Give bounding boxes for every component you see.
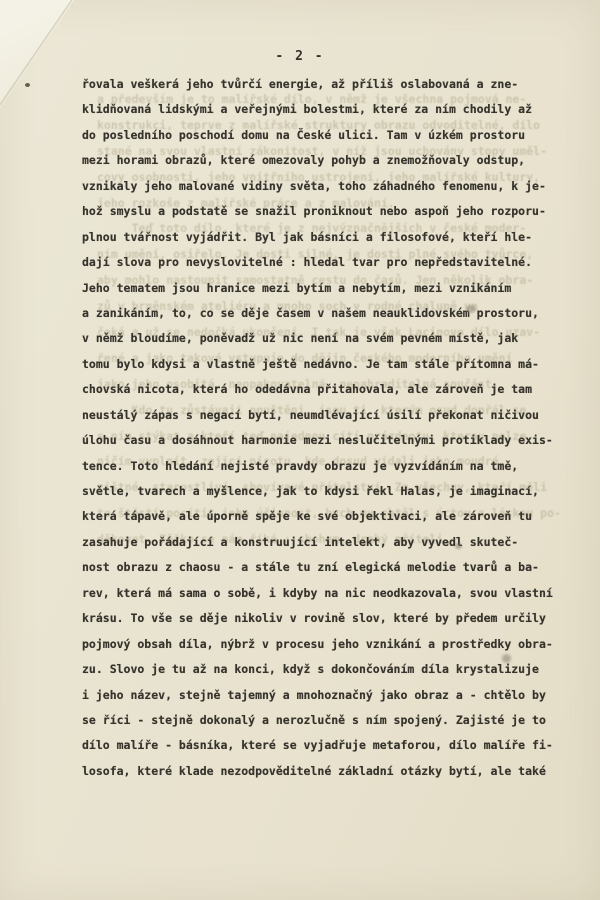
text-line: hož smyslu a podstatě se snažil pronikno… [82,199,562,224]
text-line: zasahuje pořádající a konstruující intel… [82,530,562,555]
text-line: chovská nicota, která ho odedávna přitah… [82,377,562,402]
text-line: krásu. To vše se děje nikoliv v rovině s… [82,606,562,631]
text-line: do posledního poschodí domu na České uli… [82,123,562,148]
text-line: mezi horami obrazů, které omezovaly pohy… [82,148,562,173]
text-line: rev, která má sama o sobě, i kdyby na ni… [82,581,562,606]
text-line: pojmový obsah díla, nýbrž v procesu jeho… [82,632,562,657]
document-page: - 2 - a především je to malířské dílo, v… [0,0,600,900]
text-line: světle, tvarech a myšlence, jak to kdysi… [82,479,562,504]
text-line: losofa, které klade nezodpověditelné zák… [82,759,562,784]
ink-smudge [455,543,462,549]
text-line: a zanikáním, to, co se děje časem v naše… [82,301,562,326]
ink-smudge [502,654,511,663]
text-line: klidňovaná lidskými a veřejnými bolestmi… [82,97,562,122]
text-line: dílo malíře - básníka, které se vyjadřuj… [82,733,562,758]
page-number: - 2 - [0,49,600,64]
text-line: dají slova pro nevyslovitelné : hledal t… [82,250,562,275]
typewritten-text-block: řovala veškerá jeho tvůrčí energie, až p… [82,72,562,784]
text-line: i jeho název, stejně tajemný a mnohoznač… [82,683,562,708]
text-line: řovala veškerá jeho tvůrčí energie, až p… [82,72,562,97]
ink-speck [25,83,30,87]
text-line: tomu bylo kdysi a vlastně ještě nedávno.… [82,352,562,377]
text-line: v němž bloudíme, poněvadž už nic není na… [82,326,562,351]
text-line: se říci - stejně dokonalý a nerozlučně s… [82,708,562,733]
text-line: vznikaly jeho malované vidiny světa, toh… [82,174,562,199]
text-line: zu. Slovo je tu až na konci, když s doko… [82,657,562,682]
text-line: plnou tvářnost vyjádřit. Byl jak básníci… [82,225,562,250]
text-line: Jeho tematem jsou hranice mezi bytím a n… [82,276,562,301]
ink-smudge [466,305,476,313]
text-line: nost obrazu z chaosu - a stále tu zní el… [82,555,562,580]
text-line: neustálý zápas s negací bytí, neumdlévaj… [82,403,562,428]
text-line: tence. Toto hledání nejisté pravdy obraz… [82,454,562,479]
text-line: úlohu času a dosáhnout harmonie mezi nes… [82,428,562,453]
text-line: která tápavě, ale úporně spěje ke své ob… [82,504,562,529]
